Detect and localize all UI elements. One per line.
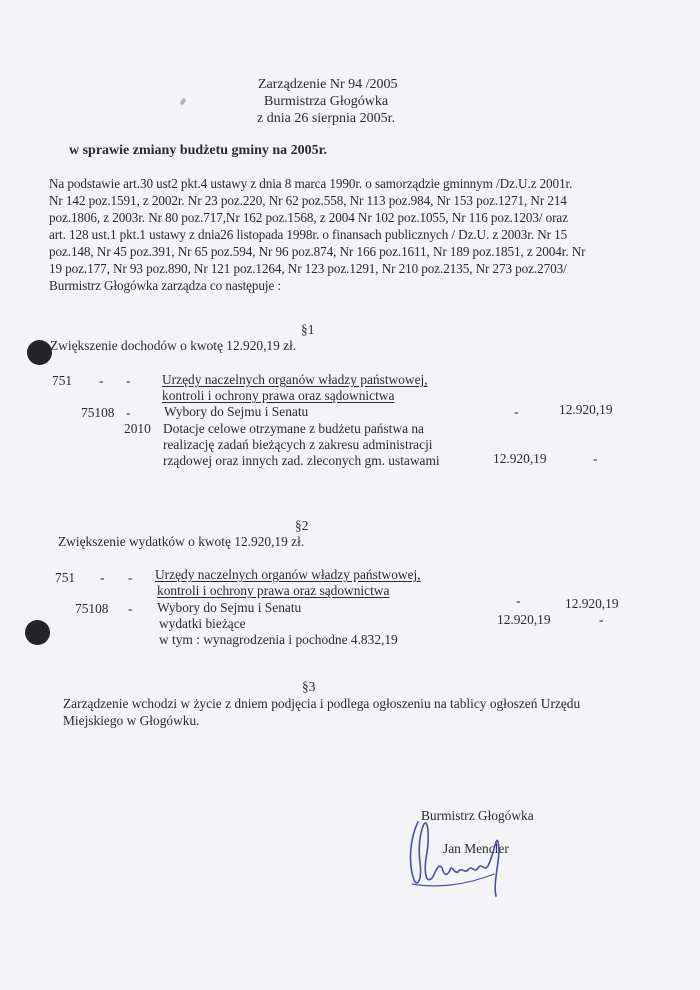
rozdzial-code: 75108: [75, 601, 108, 617]
amount-col-a: -: [514, 404, 518, 420]
handwritten-signature: [404, 818, 514, 898]
document-subject: w sprawie zmiany budżetu gminy na 2005r.: [69, 143, 327, 159]
punch-hole: [27, 340, 52, 365]
paragraf-code: -: [128, 570, 132, 586]
row-description: kontroli i ochrony prawa oraz sądownictw…: [157, 583, 389, 599]
section-2-heading: Zwiększenie wydatków o kwotę 12.920,19 z…: [58, 534, 304, 550]
document-title: Zarządzenie Nr 94 /2005: [258, 76, 398, 93]
rozdzial-code: 75108: [81, 405, 114, 421]
preamble-line: Nr 142 poz.1591, z 2002r. Nr 23 poz.220,…: [49, 193, 567, 209]
section-1-heading: Zwiększenie dochodów o kwotę 12.920,19 z…: [50, 338, 296, 354]
amount-col-b: 12.920,19: [565, 596, 619, 612]
amount-col-b: 12.920,19: [559, 402, 613, 418]
row-description: realizację zadań bieżących z zakresu adm…: [163, 437, 433, 453]
paragraf-code: 2010: [124, 421, 151, 437]
document-date: z dnia 26 sierpnia 2005r.: [257, 110, 395, 127]
dzial-code: 751: [55, 570, 75, 586]
rozdzial-code: -: [99, 373, 103, 389]
preamble-line: Burmistrz Głogówka zarządza co następuje…: [49, 278, 281, 294]
row-description: rządowej oraz innych zad. zleconych gm. …: [163, 453, 440, 469]
dzial-code: 751: [52, 373, 72, 389]
preamble-line: poz.1806, z 2003r. Nr 80 poz.717,Nr 162 …: [49, 210, 568, 226]
preamble-line: art. 128 ust.1 pkt.1 ustawy z dnia26 lis…: [49, 227, 567, 243]
document-issuer: Burmistrza Głogówka: [264, 93, 388, 110]
row-description: w tym : wynagrodzenia i pochodne 4.832,1…: [159, 632, 398, 648]
paragraf-code: -: [126, 405, 130, 421]
section-3-marker: §3: [302, 679, 315, 695]
row-description: Dotacje celowe otrzymane z budżetu państ…: [163, 421, 424, 437]
paragraf-code: -: [128, 601, 132, 617]
paragraf-code: -: [126, 373, 130, 389]
preamble-line: poz.148, Nr 45 poz.391, Nr 65 poz.594, N…: [49, 244, 585, 260]
row-description: Wybory do Sejmu i Senatu: [157, 600, 301, 616]
row-description: kontroli i ochrony prawa oraz sądownictw…: [162, 388, 394, 404]
rozdzial-code: -: [100, 570, 104, 586]
amount-col-b: -: [593, 451, 597, 467]
amount-col-a: -: [516, 593, 520, 609]
amount-col-a: 12.920,19: [497, 612, 551, 628]
row-description: Wybory do Sejmu i Senatu: [164, 404, 308, 420]
row-description: Urzędy naczelnych organów władzy państwo…: [155, 567, 421, 583]
preamble-line: 19 poz.177, Nr 93 poz.890, Nr 121 poz.12…: [49, 261, 567, 277]
row-description: Urzędy naczelnych organów władzy państwo…: [162, 372, 428, 388]
punch-hole: [25, 620, 50, 645]
section-3-line: Miejskiego w Głogówku.: [63, 713, 200, 729]
section-3-line: Zarządzenie wchodzi w życie z dniem podj…: [63, 696, 580, 712]
preamble-line: Na podstawie art.30 ust2 pkt.4 ustawy z …: [49, 176, 572, 192]
row-description: wydatki bieżące: [159, 616, 246, 632]
section-1-marker: §1: [301, 322, 314, 338]
amount-col-a: 12.920,19: [493, 451, 547, 467]
scan-speck: [179, 97, 186, 105]
section-2-marker: §2: [295, 518, 308, 534]
amount-col-b: -: [599, 612, 603, 628]
